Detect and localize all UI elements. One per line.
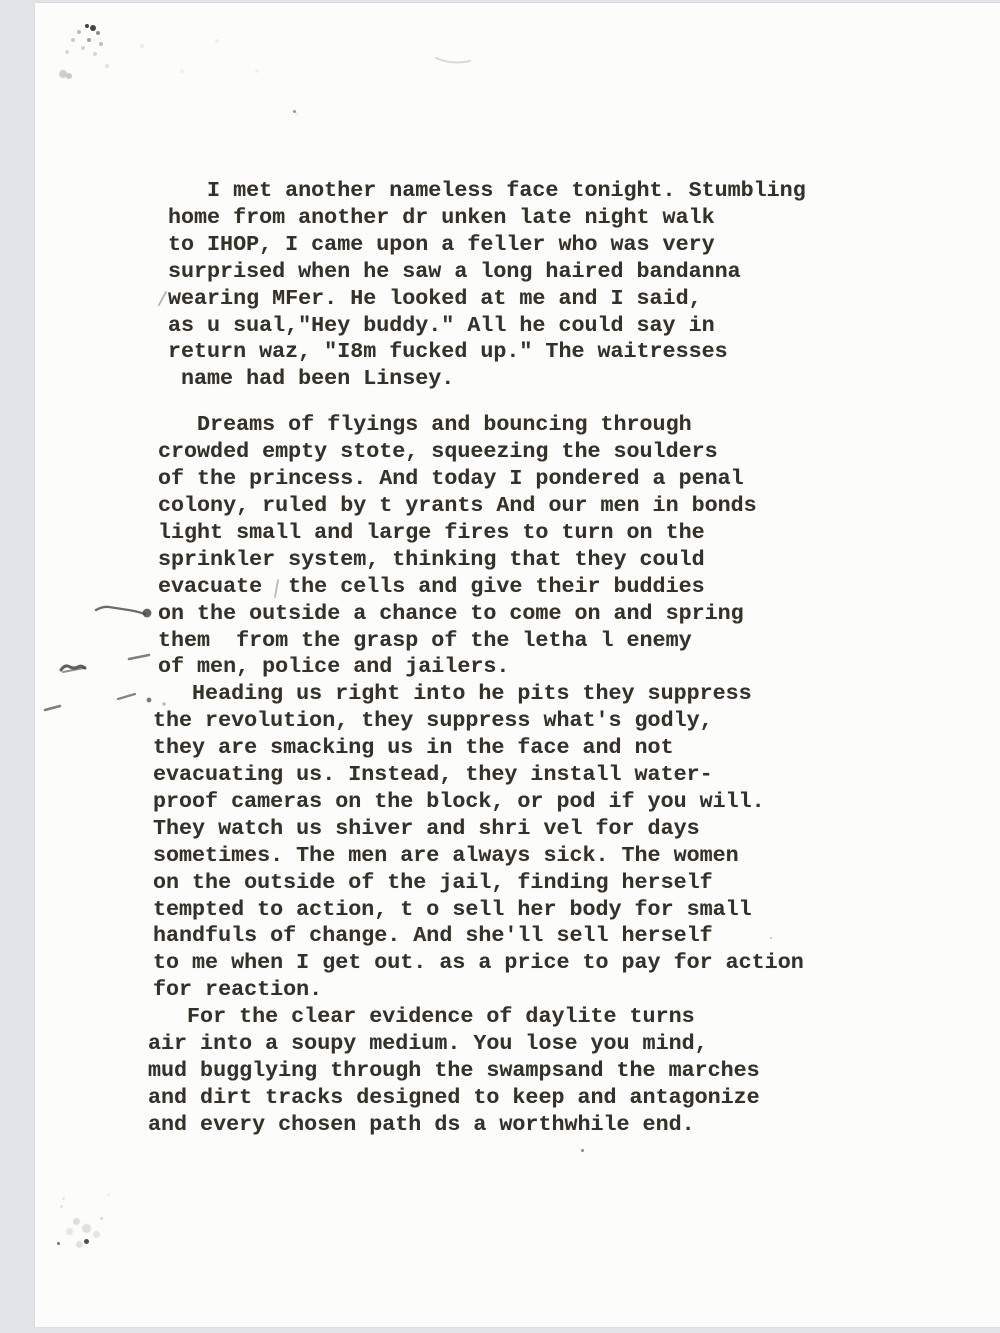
typed-line: wearing MFer. He looked at me and I said… [168, 286, 888, 313]
typed-line: I met another nameless face tonight. Stu… [168, 178, 888, 205]
typed-line: mud bugglying through the swampsand the … [148, 1058, 888, 1085]
typed-line: tempted to action, t o sell her body for… [153, 897, 888, 924]
typed-line: For the clear evidence of daylite turns [148, 1004, 888, 1031]
ink-smudge-bottom-left [60, 1205, 63, 1208]
typed-line: to IHOP, I came upon a feller who was ve… [168, 232, 888, 259]
paragraph-4: For the clear evidence of daylite turns … [128, 1004, 888, 1139]
speck-dot-tiny [770, 937, 772, 939]
typed-line: sprinkler system, thinking that they cou… [158, 547, 888, 574]
typed-line: of the princess. And today I pondered a … [158, 466, 888, 493]
typed-line: colony, ruled by t yrants And our men in… [158, 493, 888, 520]
paragraph-1: I met another nameless face tonight. Stu… [128, 178, 888, 393]
speck-dot-lower [581, 1149, 584, 1152]
typed-line: handfuls of change. And she'll sell hers… [153, 923, 888, 950]
speck-dot-upper [293, 110, 296, 113]
typed-line: as u sual,"Hey buddy." All he could say … [168, 313, 888, 340]
typed-line: evacuating us. Instead, they install wat… [153, 762, 888, 789]
typed-line: light small and large fires to turn on t… [158, 520, 888, 547]
typed-line: name had been Linsey. [168, 366, 888, 393]
typed-line: and dirt tracks designed to keep and ant… [148, 1085, 888, 1112]
typed-line: they are smacking us in the face and not [153, 735, 888, 762]
ink-smudge-top-left [85, 24, 89, 28]
typed-line: and every chosen path ds a worthwhile en… [148, 1112, 888, 1139]
typed-line: of men, police and jailers. [158, 654, 888, 681]
typed-line: return waz, "I8m fucked up." The waitres… [168, 339, 888, 366]
typed-line: They watch us shiver and shri vel for da… [153, 816, 888, 843]
typed-line: proof cameras on the block, or pod if yo… [153, 789, 888, 816]
typed-line: on the outside of the jail, finding hers… [153, 870, 888, 897]
scanned-typewritten-page: { "page": { "background_color": "#e3e4e9… [0, 0, 1000, 1333]
typed-line: crowded empty stote, squeezing the sould… [158, 439, 888, 466]
typed-line: for reaction. [153, 977, 888, 1004]
typed-line: them from the grasp of the letha l enemy [158, 628, 888, 655]
typed-line: on the outside a chance to come on and s… [158, 601, 888, 628]
paragraph-2: Dreams of flyings and bouncing through c… [128, 412, 888, 681]
typed-line: home from another dr unken late night wa… [168, 205, 888, 232]
paragraph-3: Heading us right into he pits they suppr… [128, 681, 888, 1004]
typed-text-block: I met another nameless face tonight. Stu… [128, 178, 888, 1139]
typed-line: evacuate the cells and give their buddie… [158, 574, 888, 601]
typed-line: Dreams of flyings and bouncing through [158, 412, 888, 439]
typed-line: sometimes. The men are always sick. The … [153, 843, 888, 870]
typed-line: air into a soupy medium. You lose you mi… [148, 1031, 888, 1058]
typed-line: surprised when he saw a long haired band… [168, 259, 888, 286]
typed-line: Heading us right into he pits they suppr… [153, 681, 888, 708]
typed-line: to me when I get out. as a price to pay … [153, 950, 888, 977]
paper-sheet: I met another nameless face tonight. Stu… [35, 3, 1000, 1327]
typed-line: the revolution, they suppress what's god… [153, 708, 888, 735]
